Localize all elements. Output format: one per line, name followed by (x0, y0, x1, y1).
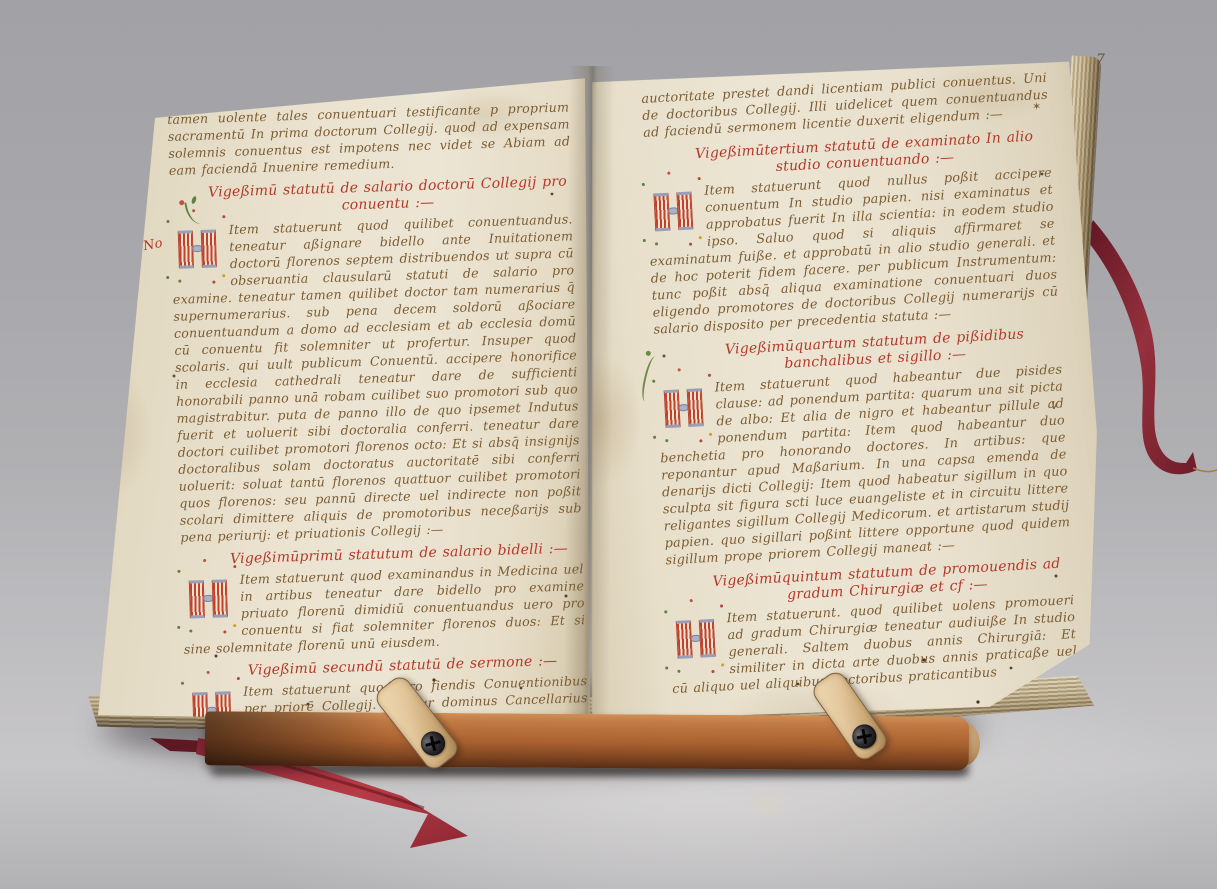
statute-body: Item statuerunt. quod quilibet uolens pr… (668, 592, 1078, 698)
carryover-paragraph: tamen uolente tales conuentuari testific… (167, 98, 571, 179)
folio-number: 7 (1096, 52, 1105, 68)
left-page-text: tamen uolente tales conuentuari testific… (167, 98, 589, 738)
sprig-flourish-icon (184, 200, 204, 226)
book-gutter (563, 66, 615, 724)
manuscript-photo-scene: tamen uolente tales conuentuari testific… (0, 0, 1217, 889)
left-page: tamen uolente tales conuentuari testific… (95, 75, 595, 725)
penwork-initial-icon (186, 574, 231, 623)
floor-light-spot (742, 792, 794, 816)
penwork-initial-icon (660, 383, 706, 433)
right-page: auctoritate prestet dandi licentiam publ… (585, 55, 1100, 720)
penwork-initial-icon: No (175, 224, 220, 273)
screw-icon (416, 727, 450, 761)
penwork-initial-icon (650, 186, 696, 236)
statute-body: Item statuerunt quod nullus poßit accipe… (646, 165, 1059, 339)
red-ribbon-right (1085, 220, 1197, 474)
ribbon-fray-thread (1193, 468, 1217, 472)
screw-icon (848, 720, 881, 753)
statute-body: No Item statuerunt quod quilibet conuent… (171, 210, 583, 545)
statute-body: Item statuerunt quod habeantur due pisid… (656, 361, 1071, 569)
statute-body: Item statuerunt quod examinandus in Medi… (182, 560, 586, 658)
right-page-text: auctoritate prestet dandi licentiam publ… (641, 70, 1078, 701)
margin-star-mark: ✶ (1032, 100, 1041, 113)
penwork-initial-icon (673, 614, 719, 664)
nota-mark: No (142, 235, 164, 255)
